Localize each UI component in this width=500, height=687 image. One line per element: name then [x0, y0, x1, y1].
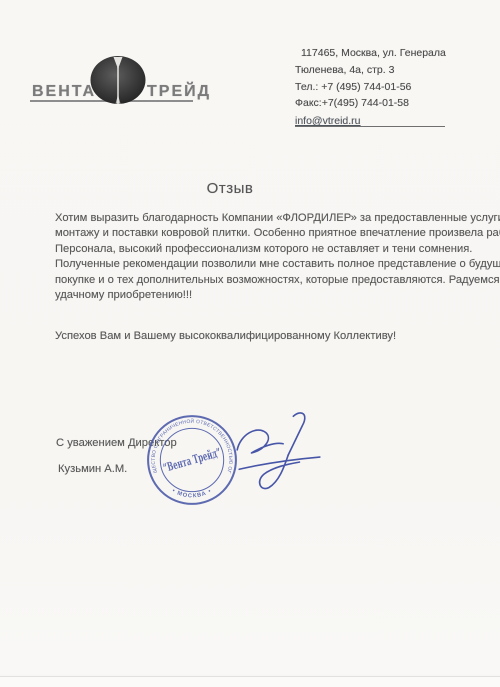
- scan-edge-strip: [0, 677, 500, 687]
- address-line-1: 117465, Москва, ул. Генерала: [295, 45, 465, 62]
- scanned-letter-page: ВЕНТА ТРЕЙД 117465, Москва, ул. Генерала…: [0, 0, 500, 687]
- body-line: Персонала, высокий профессионализм котор…: [55, 242, 470, 257]
- signoff-name: Кузьмин А.М.: [58, 463, 127, 475]
- logo-word-venta: ВЕНТА: [32, 83, 96, 101]
- logo-word-treid: ТРЕЙД: [147, 83, 211, 101]
- body-line: Полученные рекомендации позволили мне со…: [55, 257, 470, 272]
- director-signature: [226, 405, 330, 507]
- fax-line: Факс:+7(495) 744-01-58: [295, 95, 465, 112]
- body-line: покупке и о тех дополнительных возможнос…: [55, 273, 470, 288]
- contact-divider-line: [295, 126, 445, 127]
- body-line: удачному приобретению!!!: [55, 288, 470, 303]
- stamp-center-text: “Вента Трейд”: [162, 445, 223, 475]
- stamp-bottom-text: • МОСКВА •: [171, 488, 213, 499]
- svg-text:• МОСКВА •: • МОСКВА •: [171, 488, 213, 499]
- letter-body: Хотим выразить благодарность Компании «Ф…: [55, 211, 470, 303]
- phone-line: Тел.: +7 (495) 744-01-56: [295, 79, 465, 96]
- body-line: монтажу и поставки ковровой плитки. Особ…: [55, 226, 470, 241]
- body-line: Хотим выразить благодарность Компании «Ф…: [55, 211, 470, 226]
- closing-line: Успехов Вам и Вашему высококвалифицирова…: [55, 330, 396, 342]
- address-line-2: Тюленева, 4а, стр. 3: [295, 62, 465, 79]
- email-link[interactable]: info@vtreid.ru: [295, 113, 361, 130]
- page-title: Отзыв: [0, 180, 460, 197]
- company-logo: ВЕНТА ТРЕЙД: [30, 52, 200, 108]
- contact-block: 117465, Москва, ул. Генерала Тюленева, 4…: [295, 45, 465, 130]
- sphere-globe-icon: [89, 54, 147, 106]
